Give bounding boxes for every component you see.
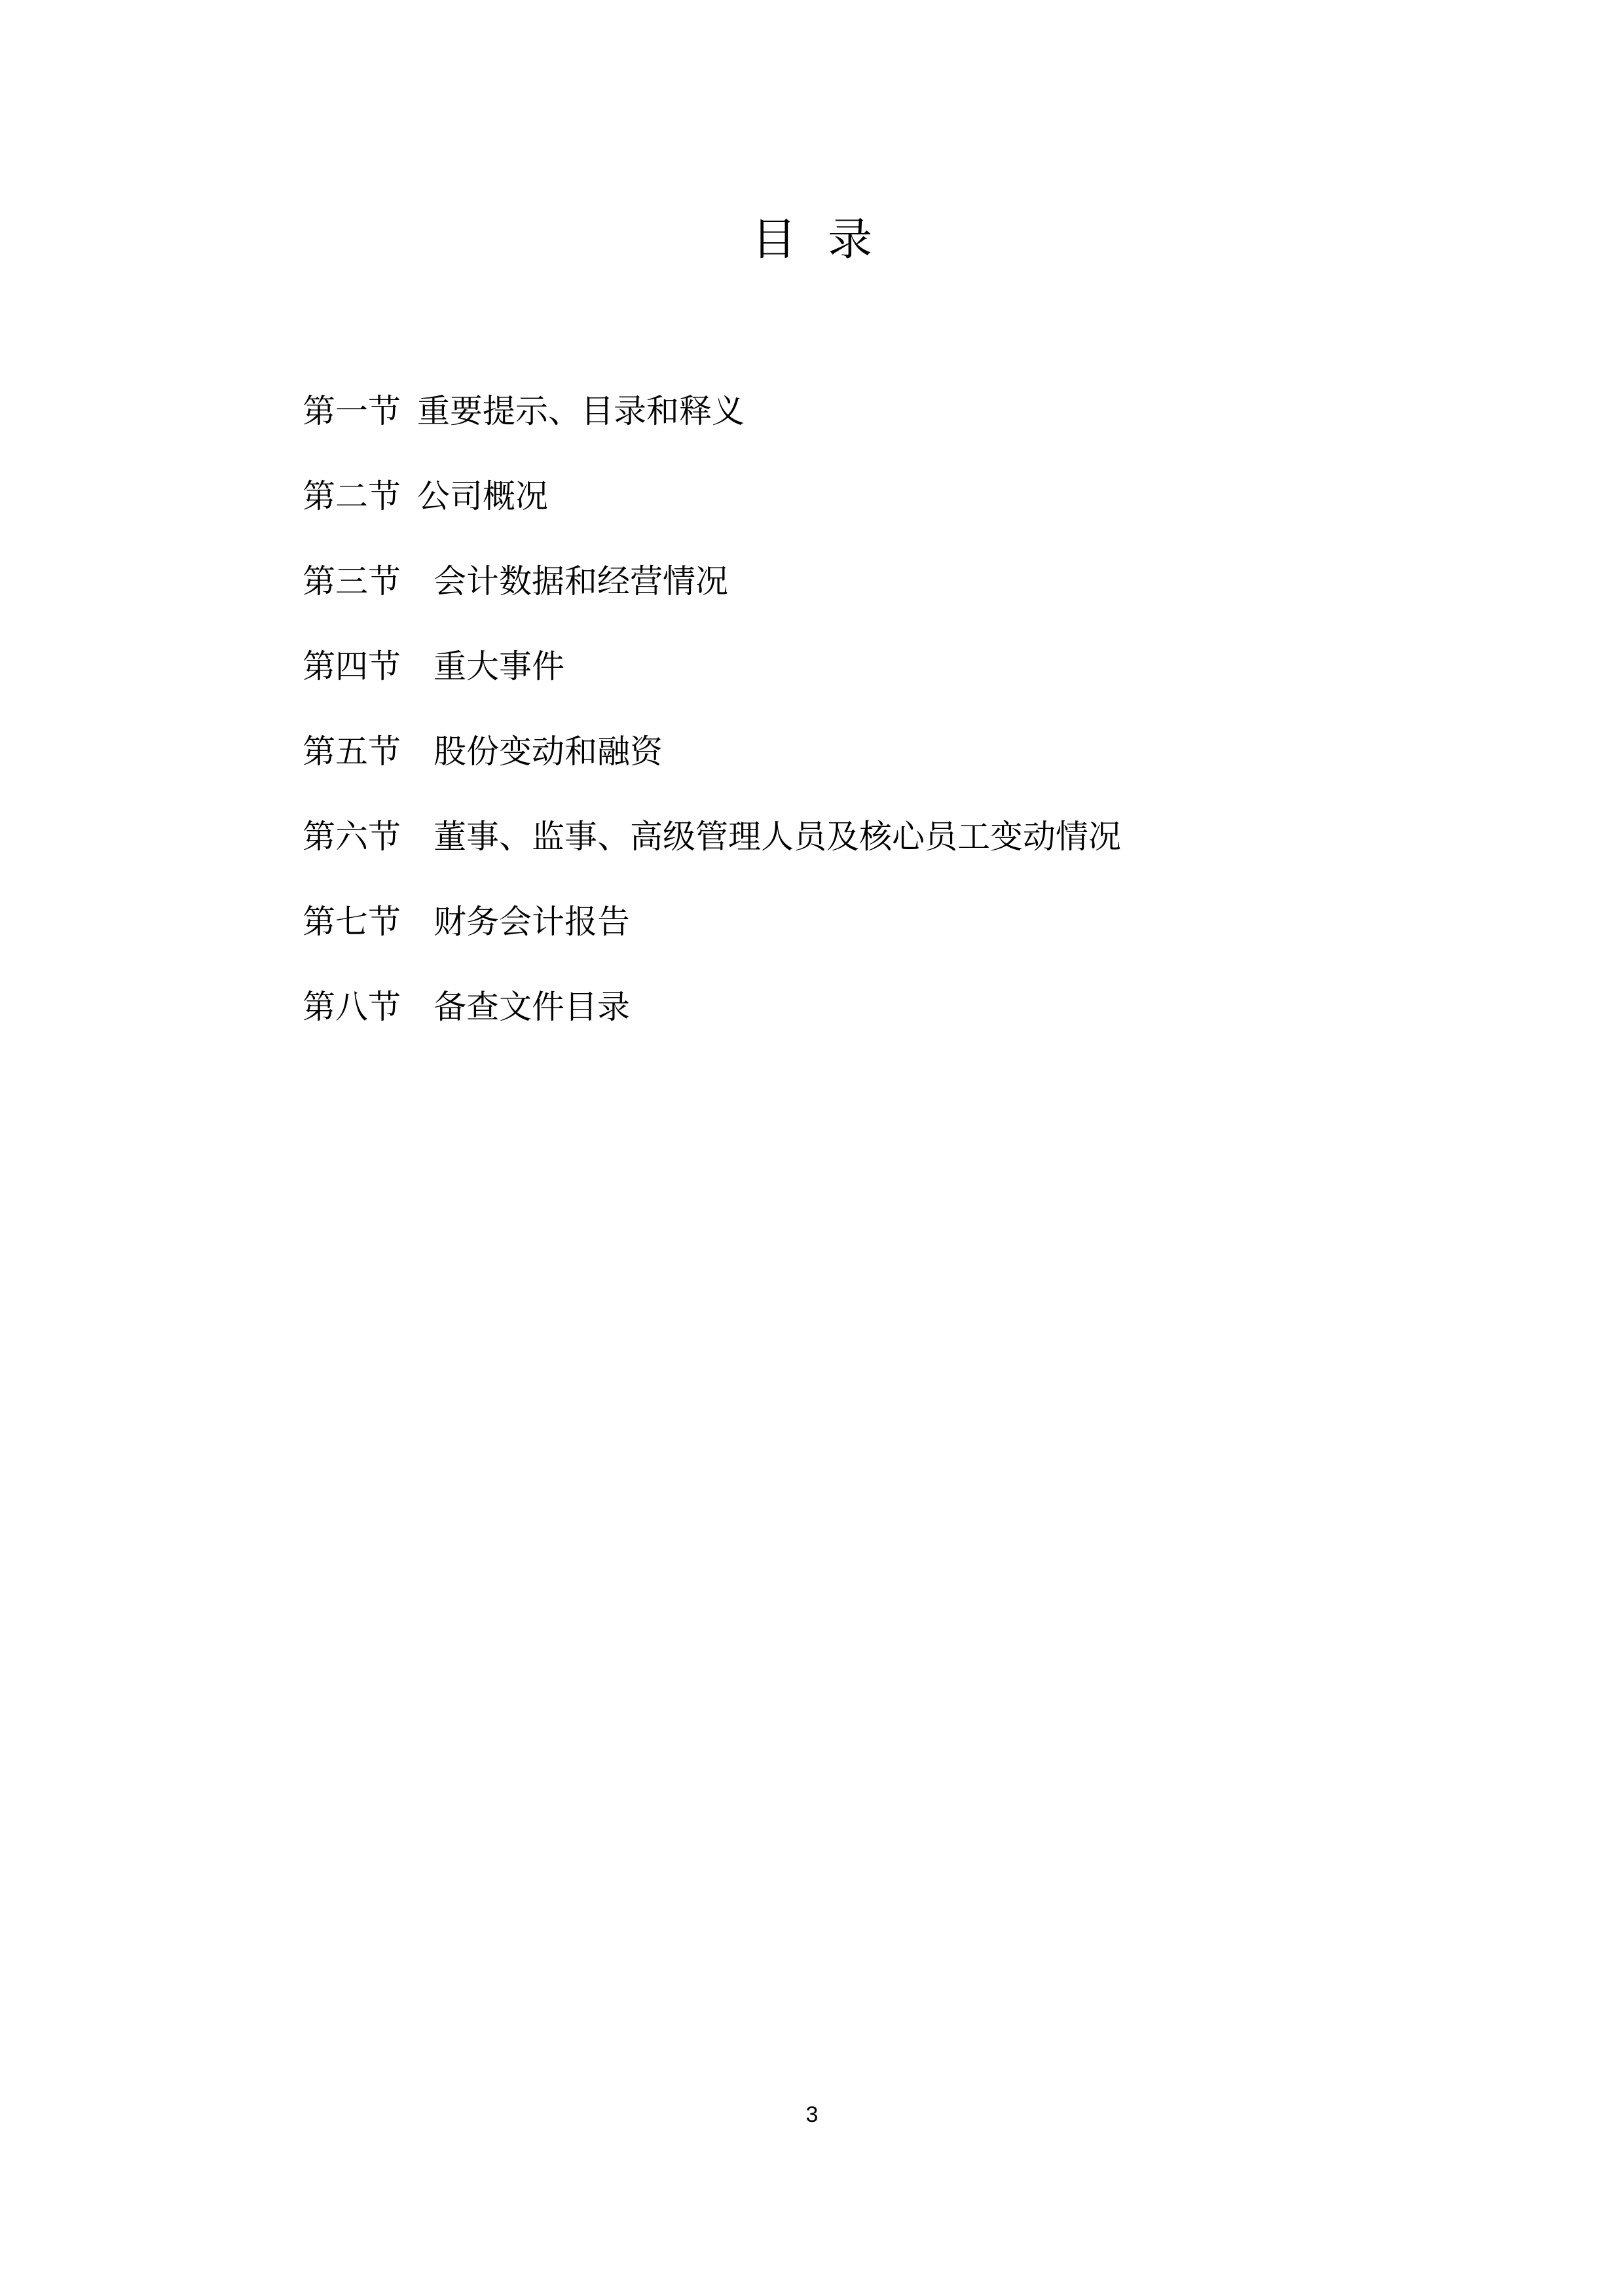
toc-section-title: 备查文件目录 bbox=[434, 981, 630, 1033]
toc-item-section-6[interactable]: 第六节 董事、监事、高级管理人员及核心员工变动情况 bbox=[303, 811, 1121, 896]
toc-item-section-2[interactable]: 第二节 公司概况 bbox=[303, 470, 1121, 555]
toc-item-section-7[interactable]: 第七节 财务会计报告 bbox=[303, 896, 1121, 981]
toc-section-title: 重要提示、目录和释义 bbox=[417, 385, 745, 437]
page-number: 3 bbox=[0, 2098, 1624, 2131]
toc-section-number: 第五节 bbox=[303, 725, 401, 778]
toc-item-section-3[interactable]: 第三节 会计数据和经营情况 bbox=[303, 555, 1121, 640]
toc-section-number: 第八节 bbox=[303, 981, 401, 1033]
toc-section-number: 第七节 bbox=[303, 896, 401, 948]
page-title: 目录 bbox=[0, 211, 1624, 270]
toc-section-number: 第三节 bbox=[303, 555, 401, 608]
toc-section-title: 重大事件 bbox=[434, 640, 564, 693]
toc-item-section-4[interactable]: 第四节 重大事件 bbox=[303, 640, 1121, 725]
title-char-1: 目 bbox=[752, 211, 796, 270]
toc-section-number: 第四节 bbox=[303, 640, 401, 693]
title-char-2: 录 bbox=[828, 211, 872, 270]
toc-section-title: 董事、监事、高级管理人员及核心员工变动情况 bbox=[434, 811, 1121, 863]
table-of-contents: 第一节 重要提示、目录和释义 第二节 公司概况 第三节 会计数据和经营情况 第四… bbox=[303, 385, 1121, 1066]
toc-section-title: 会计数据和经营情况 bbox=[434, 555, 728, 608]
toc-section-number: 第一节 bbox=[303, 385, 401, 437]
toc-item-section-5[interactable]: 第五节 股份变动和融资 bbox=[303, 725, 1121, 811]
toc-section-number: 第六节 bbox=[303, 811, 401, 863]
toc-item-section-8[interactable]: 第八节 备查文件目录 bbox=[303, 981, 1121, 1066]
toc-item-section-1[interactable]: 第一节 重要提示、目录和释义 bbox=[303, 385, 1121, 470]
toc-section-title: 公司概况 bbox=[417, 470, 548, 522]
toc-section-title: 股份变动和融资 bbox=[434, 725, 663, 778]
toc-section-title: 财务会计报告 bbox=[434, 896, 630, 948]
toc-section-number: 第二节 bbox=[303, 470, 401, 522]
